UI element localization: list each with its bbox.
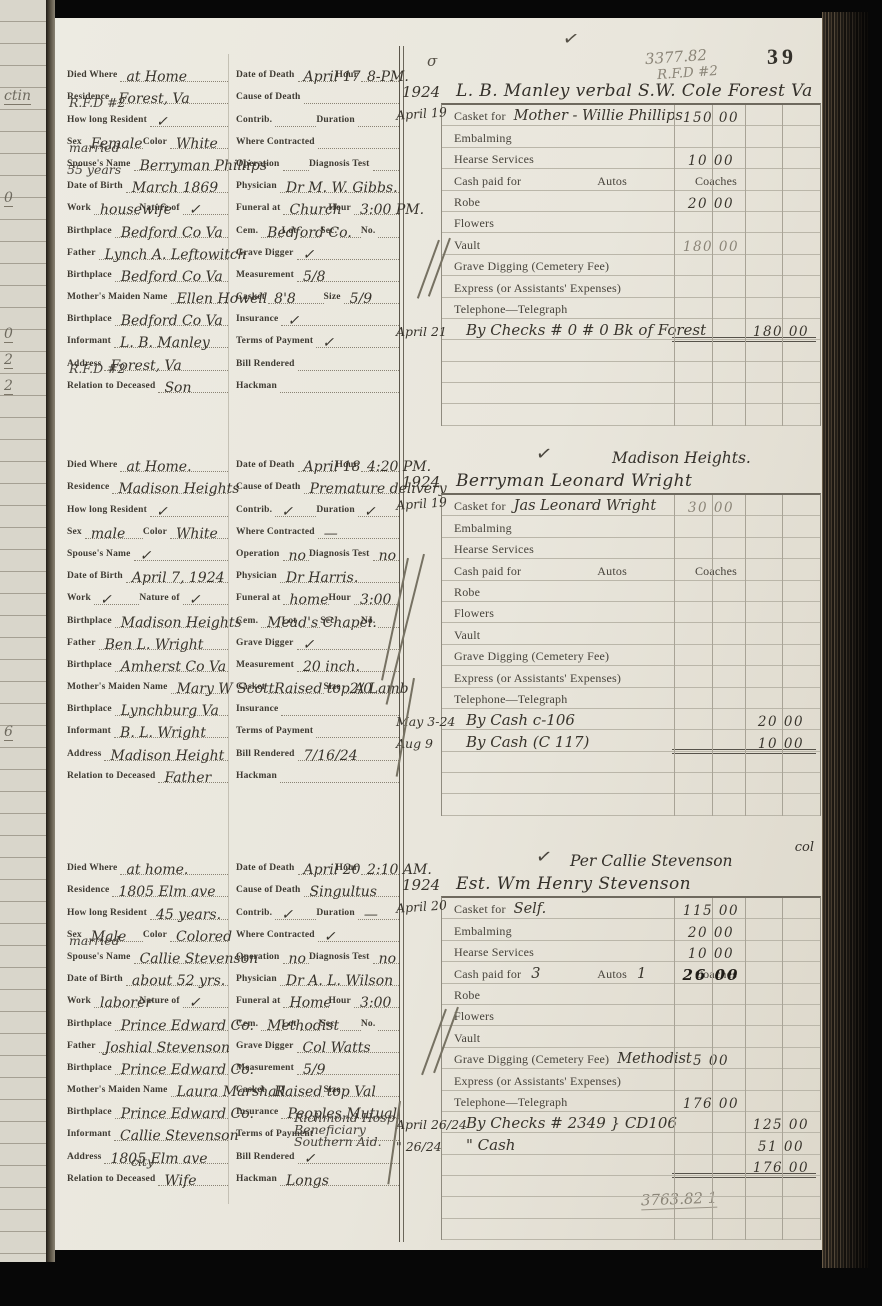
ledger-item-row: Cash paid forAutosCoaches (442, 559, 820, 580)
ledger-year: 1924 (402, 473, 440, 491)
field-label: Died Where (67, 460, 117, 472)
ledger-item-line: Embalming (454, 521, 512, 536)
field-row: Mother's Maiden NameLaura Marshall (67, 1075, 228, 1097)
page-number: 39 (767, 44, 797, 70)
field-row: AddressForest, VaR.F.D #2 (67, 348, 228, 370)
dotted-rule (316, 723, 399, 738)
field-row: Spouse's Name✓ (67, 539, 228, 561)
field-label: Physician (236, 181, 277, 193)
ledger-payment-row: April 21By Checks # 0 # 0 Bk of Forest18… (442, 319, 820, 340)
dotted-rule: Madison Height (104, 746, 228, 761)
field-label: Died Where (67, 863, 117, 875)
ledger-item-line: Casket forMother - Willie Phillips (454, 108, 683, 124)
money-column-rule (712, 105, 713, 426)
ledger-item-label: Express (or Assistants' Expenses) (454, 671, 621, 686)
dotted-rule: — (318, 524, 399, 539)
amount-charges: 5 00 (678, 1053, 744, 1069)
ledger-location-note: Madison Heights. (612, 449, 751, 467)
ledger-item-label: Express (or Assistants' Expenses) (454, 281, 621, 296)
amount-charges: 10 00 (678, 153, 744, 169)
dotted-rule: Raised top A Lamb (268, 679, 323, 694)
field-label: Measurement (236, 270, 294, 282)
field-label: Duration (316, 115, 355, 127)
field-row: Work✓Nature of✓ (67, 583, 228, 605)
ledger-item-row: Express (or Assistants' Expenses) (442, 666, 820, 687)
dotted-rule: — (358, 905, 399, 920)
amount-charges: 115 00 (678, 903, 744, 919)
dotted-rule: ✓ (134, 546, 228, 561)
dotted-rule: Son (158, 378, 228, 393)
field-row: Hackman (236, 761, 399, 783)
ledger-empty-row (442, 404, 820, 425)
ledger-item-label: Casket for (454, 902, 506, 917)
dotted-rule: ✓ (297, 245, 399, 260)
field-row: Grave DiggerCol Watts (236, 1031, 399, 1053)
handwritten-annotation: Richmond Hosp Beneficiary Southern Aid. (294, 1112, 399, 1148)
field-label: Duration (316, 908, 355, 920)
field-row: FatherLynch A. Leftowitch (67, 238, 228, 260)
dotted-rule: ✓ (275, 502, 316, 517)
field-label: Contrib. (236, 908, 272, 920)
margin-scrap-text: 0 (4, 190, 13, 207)
money-column-rule (674, 898, 675, 1240)
dotted-rule (373, 156, 399, 171)
dotted-rule: Bedford Co Va (115, 267, 228, 282)
dotted-rule (280, 768, 399, 783)
field-row: Mother's Maiden NameEllen Howell (67, 282, 228, 304)
ledger-account-name: Berryman Leonard Wright (456, 471, 692, 491)
margin-scrap-text: 2 (4, 352, 13, 369)
field-label: Insurance (236, 314, 278, 326)
charges-ledger: 1924Berryman Leonard WrightApril 19Madis… (441, 493, 821, 816)
money-column-rule (745, 898, 746, 1240)
field-row: Terms of Payment✓ (236, 326, 399, 348)
stray-mark: σ (427, 52, 437, 70)
ledger-item-line: Grave Digging (Cemetery Fee) (454, 649, 609, 664)
dotted-rule: 7/16/24 (298, 746, 399, 761)
field-row: BirthplaceMadison Heights (67, 605, 228, 627)
dotted-rule (340, 613, 361, 628)
field-row: SexFemaleColorWhitemarried (67, 127, 228, 149)
payment-description: " Cash (466, 1136, 515, 1154)
dotted-rule: 4:20 PM. (361, 457, 399, 472)
ledger-item-line: Hearse Services (454, 542, 534, 557)
field-label: Birthplace (67, 1019, 112, 1031)
field-label: Cause of Death (236, 885, 301, 897)
field-label: Date of Death (236, 460, 295, 472)
dotted-rule: Amherst Co Va (115, 657, 228, 672)
ledger-payment-row: Aug 9By Cash (C 117)10 00 (442, 730, 820, 751)
money-column-rule (674, 495, 675, 816)
ledger-item-row: Telephone—Telegraph176 00 (442, 1091, 820, 1112)
dotted-rule: White (170, 134, 228, 149)
amount-charges: 10 00 (678, 946, 744, 962)
field-label: Where Contracted (236, 137, 315, 149)
field-label: No. (361, 226, 376, 238)
margin-scrap-text: ctin (4, 88, 31, 105)
field-row: Contrib.Duration (236, 104, 399, 126)
money-column-rule (782, 495, 783, 816)
field-row: Insurance✓ (236, 304, 399, 326)
money-column-rule (782, 898, 783, 1240)
coaches-label: Coaches (695, 174, 737, 189)
field-value-handwritten: Son (164, 380, 191, 396)
dotted-rule: ✓ (298, 1149, 399, 1164)
dotted-rule: Dr A. L. Wilson (280, 971, 399, 986)
field-label: Date of Death (236, 70, 295, 82)
field-label: How long Resident (67, 505, 147, 517)
field-row: Address1805 Elm avecity (67, 1141, 228, 1163)
field-value-handwritten: Father (164, 770, 211, 786)
ledger-item-note: Mother - Willie Phillips (514, 108, 683, 124)
payment-date: April 26/24 (396, 1117, 467, 1132)
ledger-item-line: Robe (454, 195, 480, 210)
ledger-item-line: Flowers (454, 1009, 494, 1024)
field-label: Address (67, 1152, 101, 1164)
field-row: InformantL. B. Manley (67, 326, 228, 348)
field-label: No. (361, 1019, 376, 1031)
ledger-item-label: Cash paid for (454, 174, 521, 189)
ledger-item-row: Vault180 00 (442, 233, 820, 254)
ledger-year: 1924 (402, 876, 440, 894)
field-label: Cem. (236, 1019, 258, 1031)
dotted-rule: no (373, 546, 399, 561)
ledger-location-note: Per Callie Stevenson (570, 852, 733, 870)
personal-details-column: Died Whereat Home.ResidenceMadison Heigh… (67, 450, 228, 783)
field-row: Bill Rendered7/16/24 (236, 738, 399, 760)
ledger-item-line: Grave Digging (Cemetery Fee) (454, 259, 609, 274)
ledger-item-label: Telephone—Telegraph (454, 302, 567, 317)
dotted-rule (281, 701, 399, 716)
field-row: How long Resident✓ (67, 494, 228, 516)
ledger-item-label: Hearse Services (454, 945, 534, 960)
dotted-rule (378, 223, 399, 238)
ledger-col-note: col (795, 840, 814, 855)
payment-description: By Cash c-106 (466, 711, 575, 729)
dotted-rule: about 52 yrs. (126, 971, 228, 986)
autos-label: Autos (597, 174, 627, 189)
field-row: OperationnoDiagnosis Testno (236, 539, 399, 561)
field-row: Funeral atHomeHour3:00 (236, 986, 399, 1008)
field-label: Informant (67, 1129, 111, 1141)
dotted-rule: Bedford Co Va (115, 223, 228, 238)
field-row: CasketRaised top A LambSize2/0 (236, 672, 399, 694)
ledger-item-row: Express (or Assistants' Expenses) (442, 276, 820, 297)
field-label: Casket (236, 1085, 265, 1097)
field-row: Grave Digger✓ (236, 628, 399, 650)
ledger-item-note: Self. (514, 901, 547, 917)
dotted-rule: 8'8 (268, 289, 323, 304)
ledger-empty-row (442, 773, 820, 794)
field-label: Bill Rendered (236, 749, 295, 761)
money-column-rule (712, 898, 713, 1240)
field-label: Died Where (67, 70, 117, 82)
ledger-item-row: Casket forJas Leonard Wright30 00 (442, 495, 820, 516)
ledger-item-line: Robe (454, 988, 480, 1003)
ledger-margin-date: April 19 (396, 494, 448, 513)
field-row: Contrib.✓Duration✓ (236, 494, 399, 516)
ledger-empty-row (442, 794, 820, 815)
ledger-item-label: Telephone—Telegraph (454, 692, 567, 707)
dotted-rule (275, 112, 316, 127)
dotted-rule: ✓ (275, 905, 316, 920)
dotted-rule (300, 1016, 321, 1031)
field-row: Bill Rendered (236, 348, 399, 370)
field-label: Size (324, 292, 341, 304)
ledger-item-line: Cash paid forAutosCoaches (454, 564, 737, 579)
field-label: Date of Birth (67, 974, 123, 986)
field-label: Bill Rendered (236, 359, 295, 371)
ledger-item-line: Casket forJas Leonard Wright (454, 498, 656, 514)
field-label: Duration (316, 505, 355, 517)
field-label: Measurement (236, 1063, 294, 1075)
payment-date: " 26/24 (396, 1139, 442, 1154)
dotted-rule (378, 1016, 399, 1031)
field-row: Cem.MethodistLotSec.No. (236, 1008, 399, 1030)
ledger-item-row: Express (or Assistants' Expenses) (442, 1069, 820, 1090)
dotted-rule (340, 223, 361, 238)
dotted-rule: at Home. (120, 457, 228, 472)
field-row: BirthplaceBedford Co Va (67, 304, 228, 326)
field-row: Date of BirthApril 7, 1924 (67, 561, 228, 583)
ledger-item-label: Flowers (454, 1009, 494, 1024)
ledger-item-row: Hearse Services10 00 (442, 941, 820, 962)
ledger-empty-row (442, 383, 820, 404)
autos-count: 3 (531, 966, 545, 982)
dotted-rule: 2:10 AM. (361, 860, 399, 875)
field-label: Terms of Payment (236, 726, 313, 738)
field-row: Died Whereat home. (67, 853, 228, 875)
payment-amount: 51 00 (750, 1139, 812, 1155)
field-label: How long Resident (67, 115, 147, 127)
death-details-column: Date of DeathApril 18Hour4:20 PM.Cause o… (236, 450, 399, 783)
dotted-rule: ✓ (183, 590, 228, 605)
dotted-rule: Father (158, 768, 228, 783)
ledger-empty-row (442, 362, 820, 383)
dotted-rule: Ben L. Wright (99, 635, 228, 650)
ledger-margin-date: April 19 (396, 104, 448, 123)
amount-charges: 30 00 (678, 500, 744, 516)
field-label: Nature of (139, 593, 179, 605)
field-label: Mother's Maiden Name (67, 292, 168, 304)
field-label: Insurance (236, 704, 278, 716)
field-label: Insurance (236, 1107, 278, 1119)
dotted-rule: Berryman Phillips (134, 156, 228, 171)
dotted-rule: Laura Marshall (171, 1082, 228, 1097)
dotted-rule: Callie Stevenson (114, 1126, 228, 1141)
ledger-item-label: Vault (454, 238, 480, 253)
ledger-item-label: Cash paid for (454, 967, 521, 982)
field-row: Relation to DeceasedFather (67, 761, 228, 783)
ledger-item-row: Grave Digging (Cemetery Fee) (442, 255, 820, 276)
field-label: Father (67, 638, 96, 650)
field-row: InformantCallie Stevenson (67, 1119, 228, 1141)
handwritten-annotation: married (69, 935, 120, 947)
field-row: Cause of DeathSingultus (236, 875, 399, 897)
handwritten-annotation: 55 years (67, 164, 121, 176)
ledger-payment-row: April 26/24By Checks # 2349 } CD106125 0… (442, 1112, 820, 1133)
dotted-rule: male (85, 524, 143, 539)
ledger-item-line: Hearse Services (454, 152, 534, 167)
field-label: Cem. (236, 616, 258, 628)
ledger-item-line: Flowers (454, 216, 494, 231)
dotted-rule: ✓ (183, 993, 228, 1008)
field-row: Died Whereat Home (67, 60, 228, 82)
handwritten-annotation: R.F.D #2 (69, 97, 126, 109)
margin-scrap-text: 2 (4, 378, 13, 395)
field-row: Casket8'8Size5/9 (236, 282, 399, 304)
pencil-slash (417, 240, 440, 299)
dotted-rule: L. B. Manley (114, 333, 228, 348)
dotted-rule: 5/9 (297, 1060, 399, 1075)
field-row: HackmanLongs (236, 1164, 399, 1186)
dotted-rule: Prince Edward Co. (115, 1104, 228, 1119)
death-details-column: Date of DeathApril 20Hour2:10 AM.Cause o… (236, 853, 399, 1186)
dotted-rule: 5/8 (297, 267, 399, 282)
field-row: Date of Birthabout 52 yrs. (67, 964, 228, 986)
field-row: BirthplaceLynchburg Va (67, 694, 228, 716)
dotted-rule: Bedford Co Va (115, 311, 228, 326)
dotted-rule: April 20 (298, 860, 336, 875)
ledger-item-line: Embalming (454, 924, 512, 939)
dotted-rule: Joshial Stevenson (99, 1038, 228, 1053)
dotted-rule: no (283, 949, 309, 964)
field-label: Casket (236, 682, 265, 694)
field-label: Spouse's Name (67, 952, 131, 964)
dotted-rule (283, 156, 309, 171)
charges-ledger: 1924Est. Wm Henry StevensonApril 20Per C… (441, 896, 821, 1240)
field-label: Cause of Death (236, 482, 301, 494)
dotted-rule: Madison Heights (112, 479, 228, 494)
field-label: Spouse's Name (67, 549, 131, 561)
field-label: Informant (67, 336, 111, 348)
amount-charges: 20 00 (678, 196, 744, 212)
money-column-rule (745, 495, 746, 816)
field-label: Residence (67, 482, 109, 494)
dotted-rule: Church (283, 200, 328, 215)
dotted-rule: Methodist (261, 1016, 282, 1031)
field-row: BirthplaceBedford Co Va (67, 260, 228, 282)
field-label: Where Contracted (236, 527, 315, 539)
field-label: Date of Birth (67, 571, 123, 583)
dotted-rule: White (170, 524, 228, 539)
ledger-item-row: Cash paid for3Autos1Coaches26 00 (442, 962, 820, 983)
field-label: Operation (236, 549, 280, 561)
death-details-column: Date of DeathApril 17Hour8-PM.Cause of D… (236, 60, 399, 393)
dotted-rule: Forest, Va (112, 89, 228, 104)
ledger-item-row: Robe20 00 (442, 191, 820, 212)
field-label: Date of Birth (67, 181, 123, 193)
field-row: How long Resident45 years. (67, 897, 228, 919)
dotted-rule: Wife (158, 1171, 228, 1186)
field-row: Hackman (236, 371, 399, 393)
amount-charges: 20 00 (678, 925, 744, 941)
amount-charges: 180 00 (678, 239, 744, 255)
field-label: Birthplace (67, 226, 112, 238)
field-row: BirthplaceBedford Co Va (67, 215, 228, 237)
margin-scrap-text: 0 (4, 326, 13, 343)
ledger-item-row: Embalming20 00 (442, 919, 820, 940)
field-label: Terms of Payment (236, 336, 313, 348)
field-row: Terms of Payment (236, 716, 399, 738)
payment-description: By Cash (C 117) (466, 733, 589, 751)
dotted-rule: ✓ (150, 112, 228, 127)
field-label: Operation (236, 159, 280, 171)
field-label: Funeral at (236, 203, 280, 215)
field-label: Measurement (236, 660, 294, 672)
field-row: OperationDiagnosis Test (236, 149, 399, 171)
field-label: Mother's Maiden Name (67, 682, 168, 694)
dotted-rule (300, 613, 321, 628)
field-row: Cause of DeathPremature delivery (236, 472, 399, 494)
field-label: Cem. (236, 226, 258, 238)
field-label: Cause of Death (236, 92, 301, 104)
field-row: AddressMadison Height (67, 738, 228, 760)
handwritten-annotation: city (131, 1156, 154, 1168)
field-row: FatherJoshial Stevenson (67, 1031, 228, 1053)
field-row: PhysicianDr M. W. Gibbs. (236, 171, 399, 193)
ledger-item-line: Flowers (454, 606, 494, 621)
ledger-item-row: Casket forSelf.115 00 (442, 898, 820, 919)
ledger-account-name: L. B. Manley verbal S.W. Cole Forest Va (456, 81, 813, 101)
dotted-rule: ✓ (183, 200, 228, 215)
dotted-rule: Mary W Scott (171, 679, 228, 694)
ledger-item-row: Flowers (442, 212, 820, 233)
dotted-rule: no (283, 546, 309, 561)
field-row: Date of DeathApril 18Hour4:20 PM. (236, 450, 399, 472)
field-label: Birthplace (67, 314, 112, 326)
ledger-item-line: Telephone—Telegraph (454, 692, 567, 707)
field-row: Cem.Bedford Co.LotSec.No. (236, 215, 399, 237)
ledger-empty-row (442, 1219, 820, 1240)
field-label: Color (143, 930, 167, 942)
field-label: Casket (236, 292, 265, 304)
ledger-item-label: Hearse Services (454, 152, 534, 167)
field-label: Birthplace (67, 616, 112, 628)
field-label: Date of Death (236, 863, 295, 875)
dotted-rule (298, 356, 399, 371)
ledger-item-row: Robe (442, 581, 820, 602)
dotted-rule: 1805 Elm ave (104, 1149, 228, 1164)
coaches-count: 1 (637, 966, 651, 982)
field-label: Birthplace (67, 660, 112, 672)
field-row: Date of DeathApril 17Hour8-PM. (236, 60, 399, 82)
field-label: Relation to Deceased (67, 771, 155, 783)
page-stack-edge (822, 12, 868, 1268)
handwritten-annotation: married (69, 142, 120, 154)
ledger-item-row: Vault (442, 623, 820, 644)
amount-charges: 176 00 (678, 1096, 744, 1112)
dotted-rule: March 1869 (126, 178, 228, 193)
field-row: BirthplacePrince Edward Co. (67, 1053, 228, 1075)
dotted-rule: 5/9 (344, 289, 399, 304)
ledger-item-line: Vault (454, 628, 480, 643)
ledger-item-label: Grave Digging (Cemetery Fee) (454, 259, 609, 274)
field-row: Died Whereat Home. (67, 450, 228, 472)
dotted-rule: Lynchburg Va (115, 701, 228, 716)
dotted-rule: Bedford Co. (261, 223, 282, 238)
dotted-rule: B. L. Wright (114, 723, 228, 738)
dotted-rule: Madison Heights (115, 613, 228, 628)
field-label: Father (67, 248, 96, 260)
dotted-rule (300, 223, 321, 238)
ledger-item-label: Grave Digging (Cemetery Fee) (454, 649, 609, 664)
ledger-item-line: Cash paid forAutosCoaches (454, 174, 737, 189)
ledger-page: 39 3377.82 R.F.D #2 ✓ σ 3763.82 1 Died W… (55, 18, 823, 1250)
dotted-rule: April 17 (298, 67, 336, 82)
dotted-rule: Prince Edward Co. (115, 1016, 228, 1031)
dotted-rule: home (283, 590, 328, 605)
